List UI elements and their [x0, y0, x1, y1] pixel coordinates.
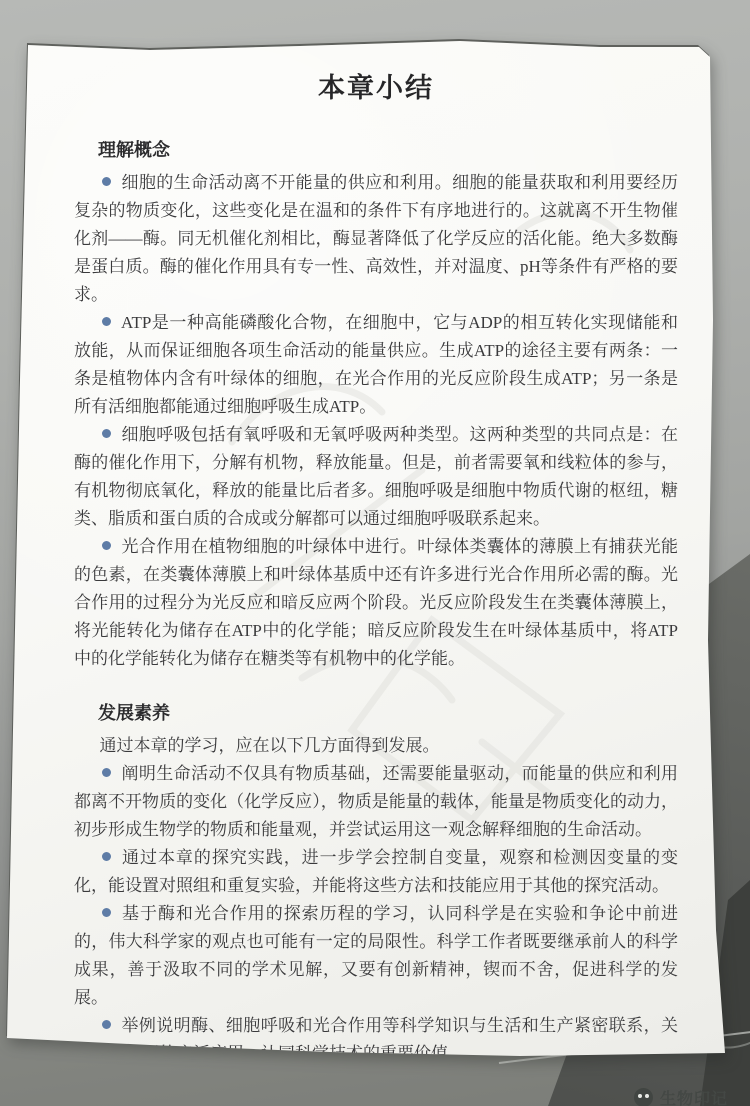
paragraph-text: 举例说明酶、细胞呼吸和光合作用等科学知识与生活和生产紧密联系，关注这些原理的广泛…	[74, 1016, 678, 1063]
literacy-paragraph: 举例说明酶、细胞呼吸和光合作用等科学知识与生活和生产紧密联系，关注这些原理的广泛…	[74, 1012, 678, 1068]
literacy-paragraph: 通过本章的探究实践，进一步学会控制自变量，观察和检测因变量的变化，能设置对照组和…	[74, 844, 678, 900]
section-intro: 通过本章的学习，应在以下几方面得到发展。	[74, 732, 678, 760]
concept-paragraph: 细胞的生命活动离不开能量的供应和利用。细胞的能量获取和利用要经历复杂的物质变化，…	[74, 169, 678, 309]
page-content: 本章小结 理解概念 细胞的生命活动离不开能量的供应和利用。细胞的能量获取和利用要…	[74, 70, 678, 1068]
paragraph-text: 通过本章的探究实践，进一步学会控制自变量，观察和检测因变量的变化，能设置对照组和…	[74, 848, 678, 895]
biology-logo-icon	[634, 1088, 653, 1106]
bullet-dot-icon	[102, 908, 111, 917]
paragraph-text: 阐明生命活动不仅具有物质基础，还需要能量驱动，而能量的供应和利用都离不开物质的变…	[74, 764, 678, 839]
paragraph-text: 细胞的生命活动离不开能量的供应和利用。细胞的能量获取和利用要经历复杂的物质变化，…	[74, 173, 678, 304]
page-wrapper: 本章小结 理解概念 细胞的生命活动离不开能量的供应和利用。细胞的能量获取和利用要…	[0, 0, 750, 1106]
paragraph-text: 基于酶和光合作用的探索历程的学习，认同科学是在实验和争论中前进的，伟大科学家的观…	[74, 904, 678, 1007]
bullet-dot-icon	[102, 1020, 111, 1029]
section-heading-develop-literacy: 发展素养	[74, 699, 678, 728]
concept-paragraph: 光合作用在植物细胞的叶绿体中进行。叶绿体类囊体的薄膜上有捕获光能的色素，在类囊体…	[74, 533, 678, 673]
section-heading-understand-concepts: 理解概念	[74, 136, 678, 165]
paragraph-text: ATP是一种高能磷酸化合物，在细胞中，它与ADP的相互转化实现储能和放能，从而保…	[74, 313, 678, 416]
literacy-paragraph: 基于酶和光合作用的探索历程的学习，认同科学是在实验和争论中前进的，伟大科学家的观…	[74, 900, 678, 1012]
paragraph-text: 细胞呼吸包括有氧呼吸和无氧呼吸两种类型。这两种类型的共同点是：在酶的催化作用下，…	[74, 425, 678, 528]
chapter-summary-title: 本章小结	[74, 70, 678, 106]
concept-paragraph: ATP是一种高能磷酸化合物，在细胞中，它与ADP的相互转化实现储能和放能，从而保…	[74, 309, 678, 421]
paragraph-text: 光合作用在植物细胞的叶绿体中进行。叶绿体类囊体的薄膜上有捕获光能的色素，在类囊体…	[74, 537, 678, 668]
bullet-dot-icon	[102, 541, 111, 550]
photo-of-textbook-page: 本章小结 理解概念 细胞的生命活动离不开能量的供应和利用。细胞的能量获取和利用要…	[0, 0, 750, 1106]
concept-paragraph: 细胞呼吸包括有氧呼吸和无氧呼吸两种类型。这两种类型的共同点是：在酶的催化作用下，…	[74, 421, 678, 533]
bullet-dot-icon	[102, 768, 111, 777]
bullet-dot-icon	[102, 852, 111, 861]
bullet-dot-icon	[102, 177, 111, 186]
biology-logo-text: 生物印记	[660, 1086, 728, 1106]
bullet-dot-icon	[102, 317, 111, 326]
biology-brand-watermark: 生物印记	[634, 1086, 728, 1106]
book-page: 本章小结 理解概念 细胞的生命活动离不开能量的供应和利用。细胞的能量获取和利用要…	[0, 0, 750, 1106]
bullet-dot-icon	[102, 429, 111, 438]
literacy-paragraph: 阐明生命活动不仅具有物质基础，还需要能量驱动，而能量的供应和利用都离不开物质的变…	[74, 760, 678, 844]
